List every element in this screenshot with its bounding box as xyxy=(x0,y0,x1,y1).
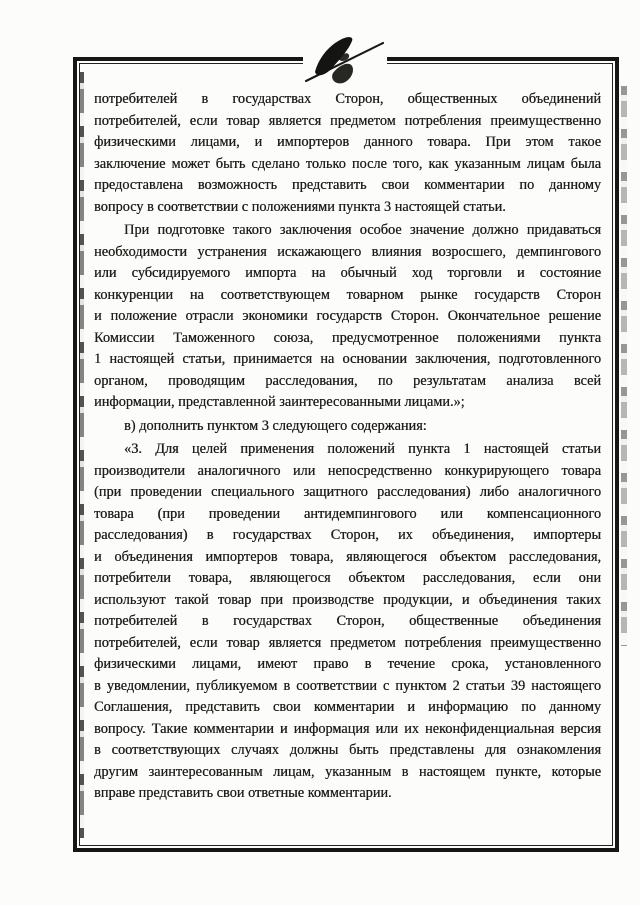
text-line: Комиссии Таможенного союза, предусмотрен… xyxy=(94,328,601,350)
text-line: и объединения импортеров товара, являюще… xyxy=(94,547,601,569)
text-line: вправе представить свои ответные коммент… xyxy=(94,783,601,805)
text-line: физическими лицами, имеют право в течени… xyxy=(94,654,601,676)
text-line: производители аналогичного или непосредс… xyxy=(94,461,601,483)
paragraph: «3. Для целей применения положений пункт… xyxy=(94,439,601,805)
text-line: в уведомлении, публикуемом в соответстви… xyxy=(94,676,601,698)
text-line: потребители товара, являющегося объектом… xyxy=(94,568,601,590)
text-line: или субсидируемого импорта на обычный хо… xyxy=(94,263,601,285)
paragraph: При подготовке такого заключения особое … xyxy=(94,220,601,414)
text-line: вопросу в соответствии с положениями пун… xyxy=(94,197,601,219)
text-line: предоставлена возможность представить св… xyxy=(94,175,601,197)
text-line: потребителей в государствах Сторон, обще… xyxy=(94,611,601,633)
text-line: потребителей в государствах Сторон, обще… xyxy=(94,89,601,111)
text-line: физическими лицами, и импортеров данного… xyxy=(94,132,601,154)
scan-artifact-right xyxy=(621,86,627,646)
text-line: 1 настоящей статьи, принимается на основ… xyxy=(94,349,601,371)
text-line: в соответствующих случаях должны быть пр… xyxy=(94,740,601,762)
text-line: вопросу. Такие комментарии и информация … xyxy=(94,719,601,741)
text-line: товара (при проведении антидемпингового … xyxy=(94,504,601,526)
ink-swoosh-mark xyxy=(304,34,386,90)
text-line: конкуренции на соответствующем товарном … xyxy=(94,285,601,307)
paragraph: потребителей в государствах Сторон, обще… xyxy=(94,89,601,218)
paragraph: в) дополнить пунктом 3 следующего содерж… xyxy=(94,416,601,438)
scanned-document-page: потребителей в государствах Сторон, обще… xyxy=(0,0,640,905)
text-line: «3. Для целей применения положений пункт… xyxy=(94,439,601,461)
document-body: потребителей в государствах Сторон, обще… xyxy=(94,89,601,805)
text-line: в) дополнить пунктом 3 следующего содерж… xyxy=(94,416,601,438)
text-line: Соглашения, представить свои комментарии… xyxy=(94,697,601,719)
text-line: потребителей, если товар является предме… xyxy=(94,633,601,655)
text-line: информации, представленной заинтересован… xyxy=(94,392,601,414)
text-line: (при проведении специального защитного р… xyxy=(94,482,601,504)
text-line: органом, проводящим расследования, по ре… xyxy=(94,371,601,393)
text-line: При подготовке такого заключения особое … xyxy=(94,220,601,242)
text-line: заключение может быть сделано только пос… xyxy=(94,154,601,176)
text-line: потребителей, если товар является предме… xyxy=(94,111,601,133)
text-line: другим заинтересованным лицам, указанным… xyxy=(94,762,601,784)
text-line: необходимости устранения искажающего вли… xyxy=(94,242,601,264)
text-line: расследования) в государствах Сторон, их… xyxy=(94,525,601,547)
text-line: используют такой товар при производстве … xyxy=(94,590,601,612)
text-line: и положение отрасли экономики государств… xyxy=(94,306,601,328)
